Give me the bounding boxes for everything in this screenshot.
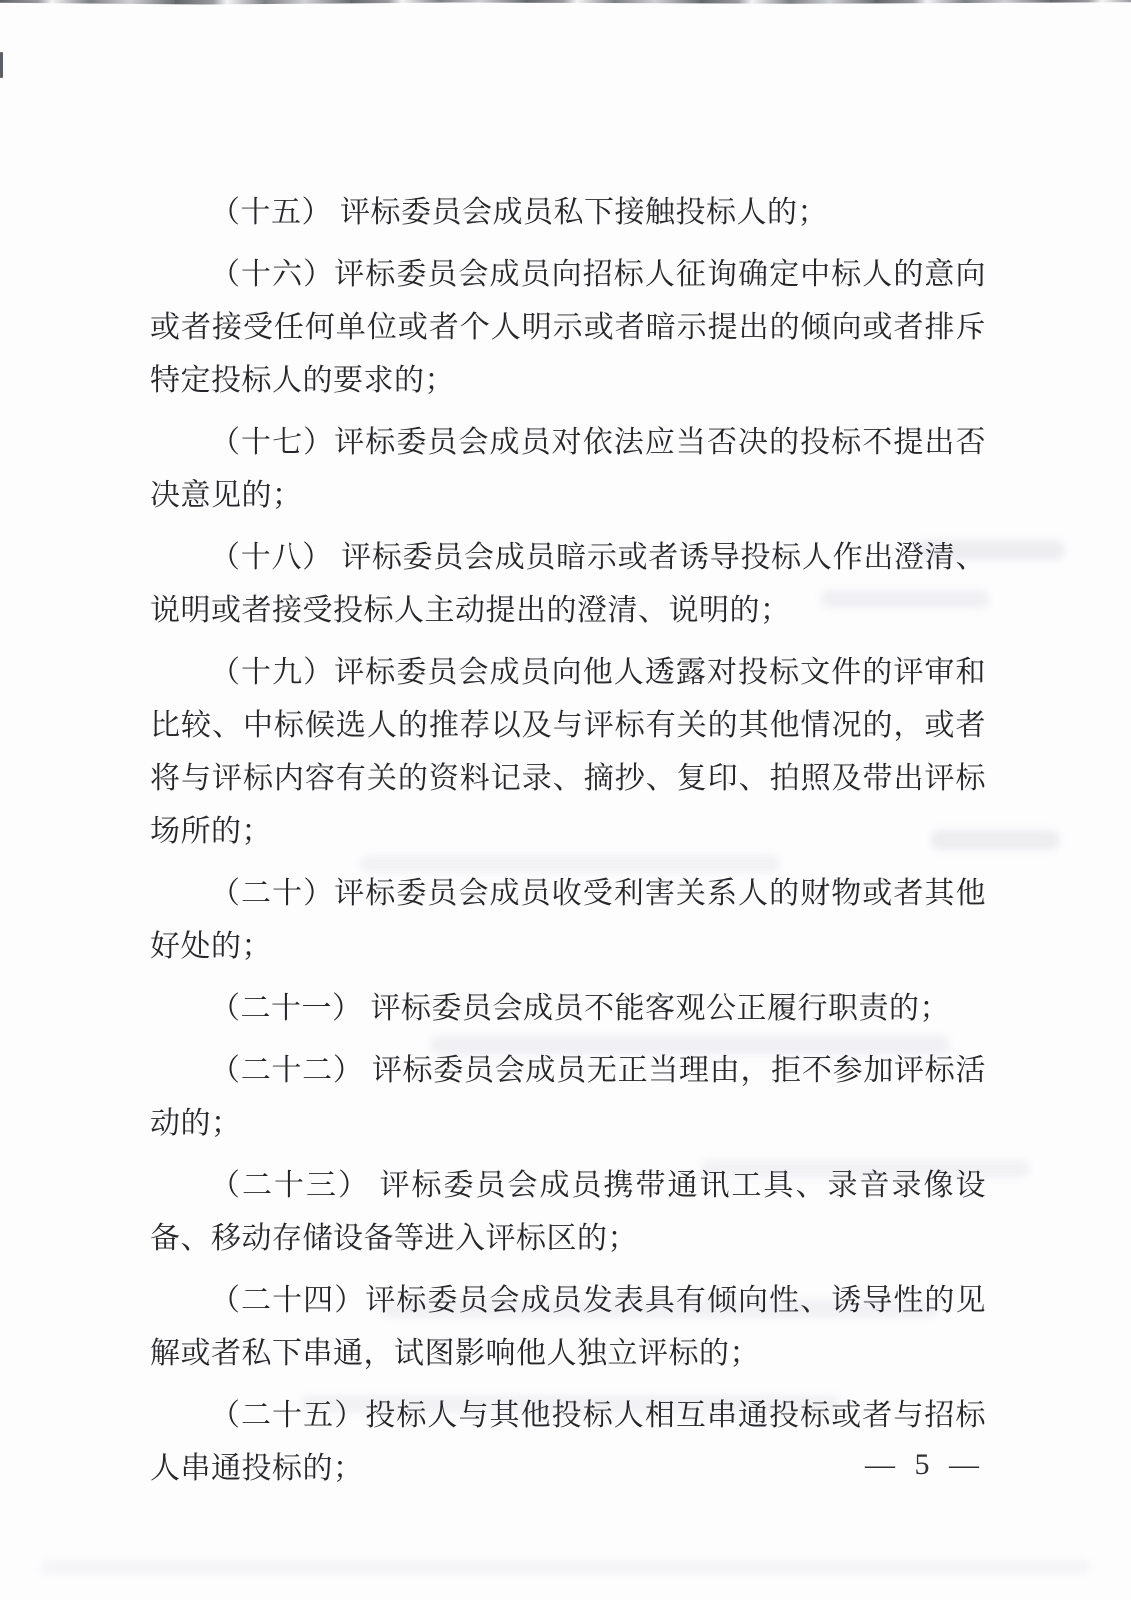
paragraph-item-22: （二十二） 评标委员会成员无正当理由，拒不参加评标活动的；: [150, 1044, 986, 1150]
bleed-through-artifact: [40, 1560, 1090, 1574]
paragraph-item-23: （二十三） 评标委员会成员携带通讯工具、录音录像设备、移动存储设备等进入评标区的…: [150, 1159, 986, 1265]
paragraph-item-24: （二十四）评标委员会成员发表具有倾向性、诱导性的见解或者私下串通，试图影响他人独…: [150, 1274, 986, 1380]
scan-top-edge-artifact: [0, 0, 1131, 5]
page-number: — 5 —: [865, 1447, 985, 1483]
scan-left-edge-artifact: [0, 52, 3, 78]
paragraph-item-25: （二十五）投标人与其他投标人相互串通投标或者与招标人串通投标的；: [150, 1389, 986, 1495]
paragraph-item-21: （二十一） 评标委员会成员不能客观公正履行职责的；: [150, 982, 986, 1035]
document-body: （十五） 评标委员会成员私下接触投标人的； （十六）评标委员会成员向招标人征询确…: [150, 186, 986, 1504]
paragraph-item-20: （二十）评标委员会成员收受利害关系人的财物或者其他好处的；: [150, 867, 986, 973]
paragraph-item-19: （十九）评标委员会成员向他人透露对投标文件的评审和比较、中标候选人的推荐以及与评…: [150, 646, 986, 858]
paragraph-item-16: （十六）评标委员会成员向招标人征询确定中标人的意向或者接受任何单位或者个人明示或…: [150, 248, 986, 407]
document-page: （十五） 评标委员会成员私下接触投标人的； （十六）评标委员会成员向招标人征询确…: [0, 0, 1131, 1600]
paragraph-item-17: （十七）评标委员会成员对依法应当否决的投标不提出否决意见的；: [150, 416, 986, 522]
paragraph-item-18: （十八） 评标委员会成员暗示或者诱导投标人作出澄清、说明或者接受投标人主动提出的…: [150, 531, 986, 637]
paragraph-item-15: （十五） 评标委员会成员私下接触投标人的；: [150, 186, 986, 239]
